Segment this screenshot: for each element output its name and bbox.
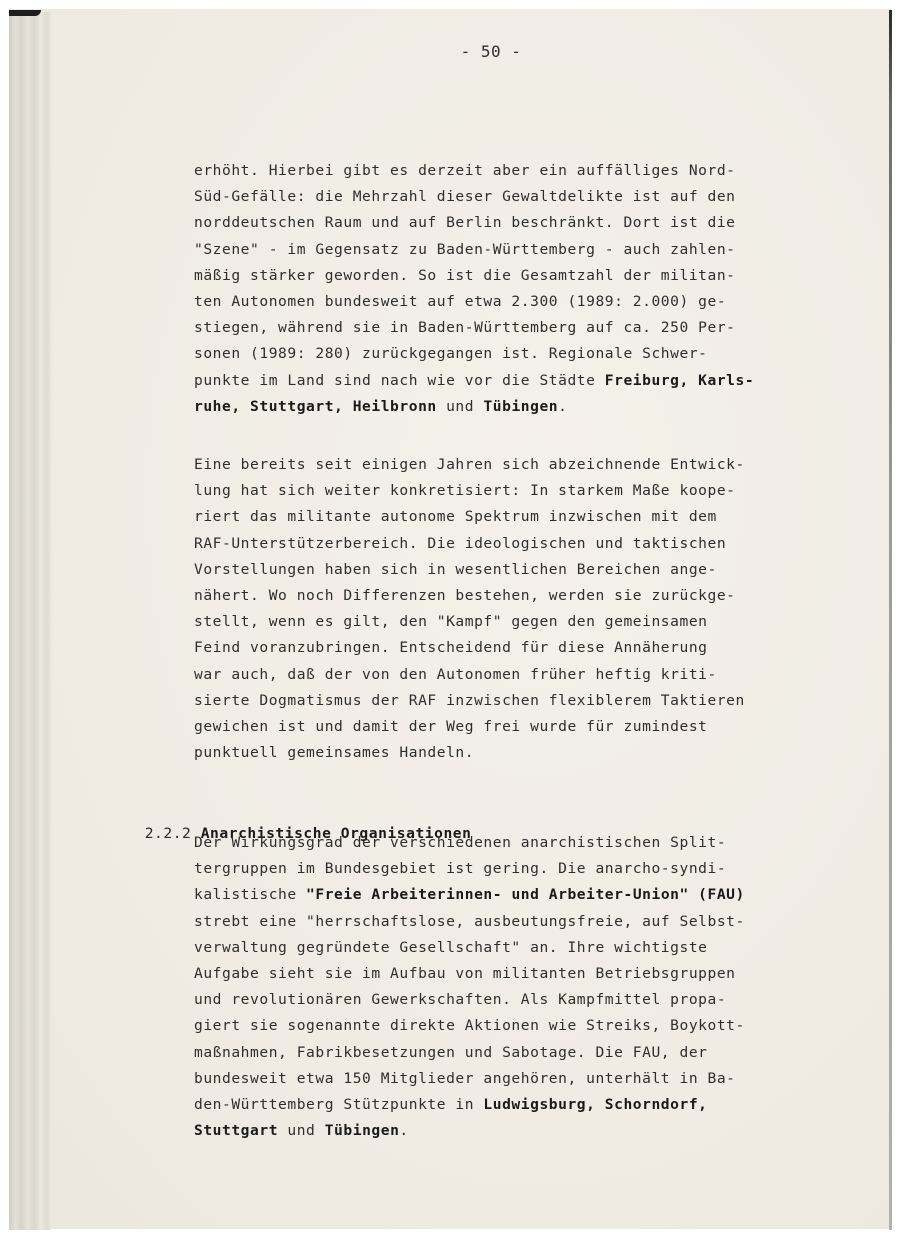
text-line: strebt eine "herrschaftslose, ausbeutung… — [194, 909, 834, 935]
text-run: Der Wirkungsgrad der verschiedenen anarc… — [194, 834, 726, 851]
text-line: Der Wirkungsgrad der verschiedenen anarc… — [194, 830, 834, 856]
text-line: nähert. Wo noch Differenzen bestehen, we… — [194, 583, 834, 609]
text-run: tergruppen im Bundesgebiet ist gering. D… — [194, 860, 726, 877]
text-line: Vorstellungen haben sich in wesentlichen… — [194, 557, 834, 583]
text-run: gewichen ist und damit der Weg frei wurd… — [194, 718, 708, 735]
text-run: und revolutionären Gewerkschaften. Als K… — [194, 991, 726, 1008]
paragraph-autonome: erhöht. Hierbei gibt es derzeit aber ein… — [194, 158, 834, 420]
bold-text: Ludwigsburg, Schorndorf, — [483, 1096, 707, 1113]
text-run: "Szene" - im Gegensatz zu Baden-Württemb… — [194, 241, 736, 258]
text-line: ten Autonomen bundesweit auf etwa 2.300 … — [194, 289, 834, 315]
bold-text: "Freie Arbeiterinnen- und Arbeiter-Union… — [306, 886, 745, 903]
text-run: sonen (1989: 280) zurückgegangen ist. Re… — [194, 345, 708, 362]
text-run: sierte Dogmatismus der RAF inzwischen fl… — [194, 692, 745, 709]
section-number: 2.2.2 — [145, 825, 192, 842]
text-line: gewichen ist und damit der Weg frei wurd… — [194, 714, 834, 740]
text-line: stiegen, während sie in Baden-Württember… — [194, 315, 834, 341]
text-run: stiegen, während sie in Baden-Württember… — [194, 319, 736, 336]
text-line: lung hat sich weiter konkretisiert: In s… — [194, 478, 834, 504]
bold-text: Stuttgart — [194, 1122, 278, 1139]
text-run: war auch, daß der von den Autonomen früh… — [194, 666, 717, 683]
text-line: verwaltung gegründete Gesellschaft" an. … — [194, 935, 834, 961]
text-run: giert sie sogenannte direkte Aktionen wi… — [194, 1017, 745, 1034]
text-run: . — [399, 1122, 408, 1139]
text-line: Stuttgart und Tübingen. — [194, 1118, 834, 1144]
text-run: lung hat sich weiter konkretisiert: In s… — [194, 482, 736, 499]
text-line: Eine bereits seit einigen Jahren sich ab… — [194, 452, 834, 478]
bold-text: Freiburg, Karls- — [605, 372, 754, 389]
text-line: sonen (1989: 280) zurückgegangen ist. Re… — [194, 341, 834, 367]
text-line: RAF-Unterstützerbereich. Die ideologisch… — [194, 531, 834, 557]
text-run: den-Württemberg Stützpunkte in — [194, 1096, 483, 1113]
text-line: Süd-Gefälle: die Mehrzahl dieser Gewaltd… — [194, 184, 834, 210]
text-run: erhöht. Hierbei gibt es derzeit aber ein… — [194, 162, 736, 179]
text-run: Vorstellungen haben sich in wesentlichen… — [194, 561, 717, 578]
bold-text: Tübingen — [483, 398, 558, 415]
text-run: Süd-Gefälle: die Mehrzahl dieser Gewaltd… — [194, 188, 736, 205]
text-run: punkte im Land sind nach wie vor die Stä… — [194, 372, 605, 389]
text-run: kalistische — [194, 886, 306, 903]
text-run: Eine bereits seit einigen Jahren sich ab… — [194, 456, 745, 473]
text-run: Feind voranzubringen. Entscheidend für d… — [194, 639, 708, 656]
text-line: war auch, daß der von den Autonomen früh… — [194, 662, 834, 688]
text-run: RAF-Unterstützerbereich. Die ideologisch… — [194, 535, 726, 552]
text-line: bundesweit etwa 150 Mitglieder angehören… — [194, 1066, 834, 1092]
text-line: sierte Dogmatismus der RAF inzwischen fl… — [194, 688, 834, 714]
text-line: Aufgabe sieht sie im Aufbau von militant… — [194, 961, 834, 987]
text-line: stellt, wenn es gilt, den "Kampf" gegen … — [194, 609, 834, 635]
text-line: ruhe, Stuttgart, Heilbronn und Tübingen. — [194, 394, 834, 420]
page-number: - 50 - — [0, 42, 900, 61]
text-run: mäßig stärker geworden. So ist die Gesam… — [194, 267, 736, 284]
text-line: und revolutionären Gewerkschaften. Als K… — [194, 987, 834, 1013]
text-line: erhöht. Hierbei gibt es derzeit aber ein… — [194, 158, 834, 184]
page-right-edge — [889, 10, 892, 1230]
text-line: riert das militante autonome Spektrum in… — [194, 504, 834, 530]
text-run: . — [558, 398, 567, 415]
text-line: punktuell gemeinsames Handeln. — [194, 740, 834, 766]
text-run: Aufgabe sieht sie im Aufbau von militant… — [194, 965, 736, 982]
text-line: norddeutschen Raum und auf Berlin beschr… — [194, 210, 834, 236]
text-run: und — [278, 1122, 325, 1139]
text-run: verwaltung gegründete Gesellschaft" an. … — [194, 939, 708, 956]
bold-text: Tübingen — [325, 1122, 400, 1139]
text-line: maßnahmen, Fabrikbesetzungen und Sabotag… — [194, 1040, 834, 1066]
text-run: riert das militante autonome Spektrum in… — [194, 508, 717, 525]
text-run: bundesweit etwa 150 Mitglieder angehören… — [194, 1070, 736, 1087]
text-run: strebt eine "herrschaftslose, ausbeutung… — [194, 913, 745, 930]
text-run: punktuell gemeinsames Handeln. — [194, 744, 474, 761]
text-line: den-Württemberg Stützpunkte in Ludwigsbu… — [194, 1092, 834, 1118]
text-line: tergruppen im Bundesgebiet ist gering. D… — [194, 856, 834, 882]
text-line: punkte im Land sind nach wie vor die Stä… — [194, 368, 834, 394]
text-run: ten Autonomen bundesweit auf etwa 2.300 … — [194, 293, 726, 310]
text-line: kalistische "Freie Arbeiterinnen- und Ar… — [194, 882, 834, 908]
bold-text: ruhe, Stuttgart, Heilbronn — [194, 398, 437, 415]
text-line: mäßig stärker geworden. So ist die Gesam… — [194, 263, 834, 289]
text-run: norddeutschen Raum und auf Berlin beschr… — [194, 214, 736, 231]
text-run: und — [437, 398, 484, 415]
text-run: maßnahmen, Fabrikbesetzungen und Sabotag… — [194, 1044, 708, 1061]
text-line: Feind voranzubringen. Entscheidend für d… — [194, 635, 834, 661]
text-run: nähert. Wo noch Differenzen bestehen, we… — [194, 587, 736, 604]
page-binding-edge — [9, 12, 51, 1230]
text-run: stellt, wenn es gilt, den "Kampf" gegen … — [194, 613, 708, 630]
text-line: "Szene" - im Gegensatz zu Baden-Württemb… — [194, 237, 834, 263]
text-line: giert sie sogenannte direkte Aktionen wi… — [194, 1013, 834, 1039]
paragraph-raf-cooperation: Eine bereits seit einigen Jahren sich ab… — [194, 452, 834, 766]
paragraph-fau: Der Wirkungsgrad der verschiedenen anarc… — [194, 830, 834, 1144]
binding-shadow — [9, 10, 41, 16]
